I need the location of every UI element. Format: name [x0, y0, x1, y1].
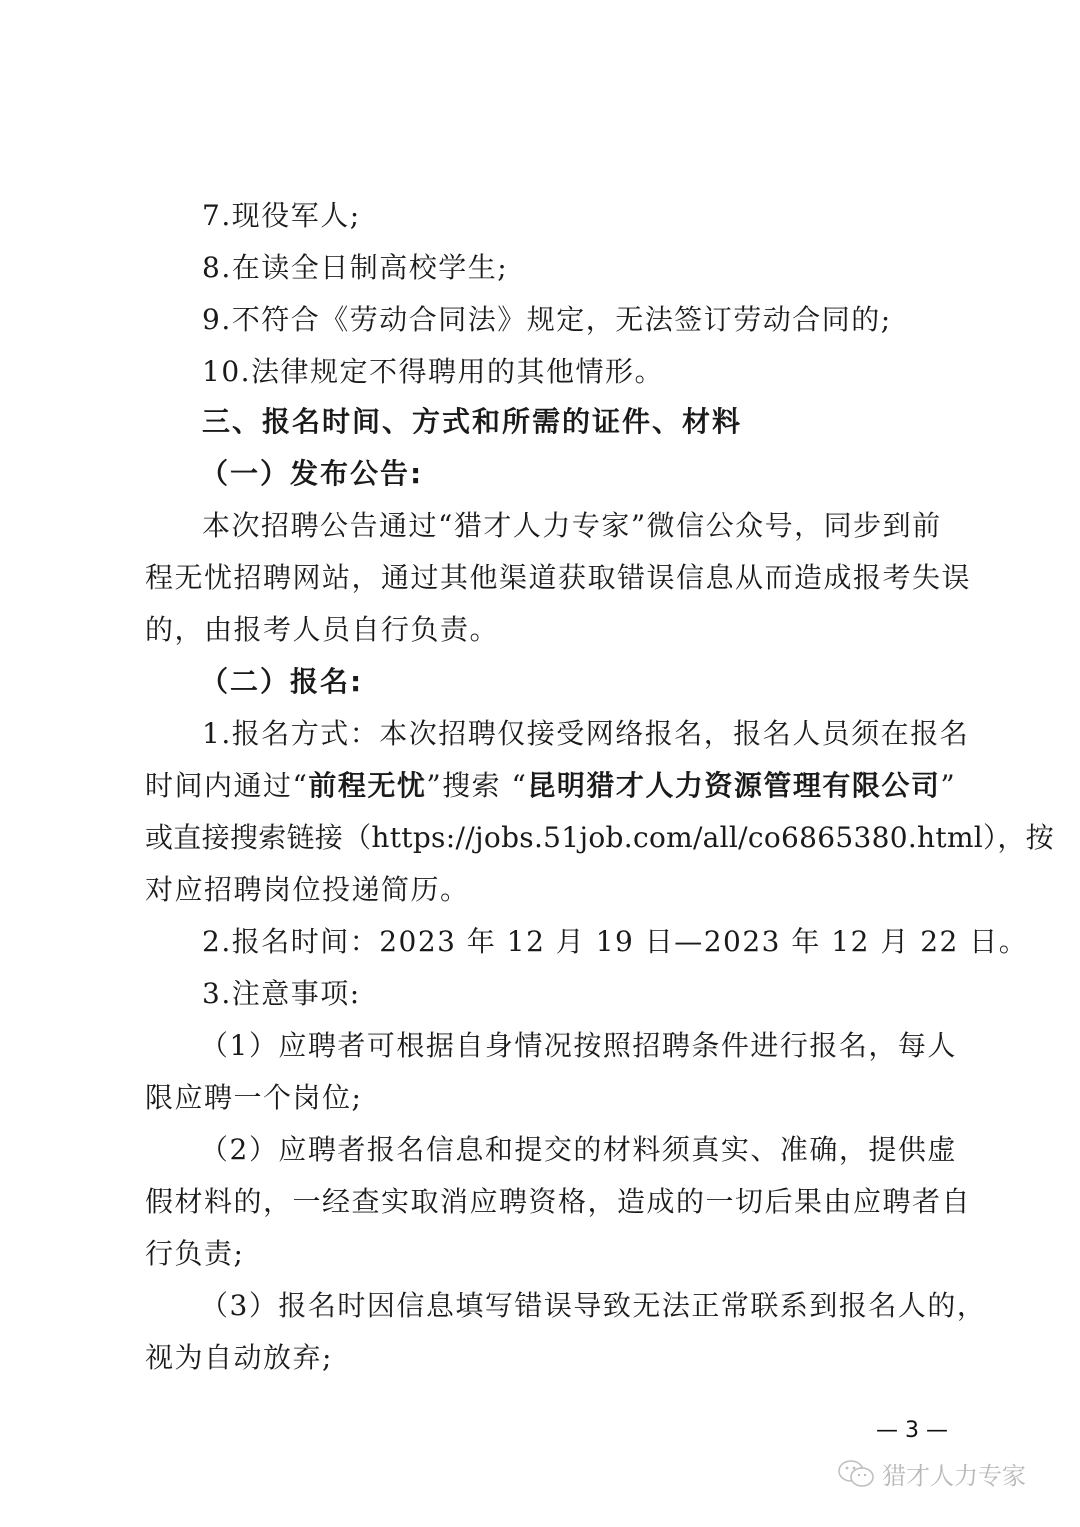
watermark: 猎才人力专家	[836, 1456, 1026, 1491]
page-number: — 3 —	[876, 1418, 948, 1443]
paragraph-line: 的，由报考人员自行负责。	[145, 612, 499, 648]
note-line: （2）应聘者报名信息和提交的材料须真实、准确，提供虚	[200, 1132, 957, 1168]
list-item: 7.现役军人;	[202, 198, 361, 234]
paragraph-line: 1.报名方式：本次招聘仅接受网络报名，报名人员须在报名	[202, 716, 969, 752]
note-line: （1）应聘者可根据自身情况按照招聘条件进行报名，每人	[200, 1028, 957, 1064]
list-item: 8.在读全日制高校学生;	[202, 250, 508, 286]
site-name: 前程无忧	[308, 769, 426, 802]
text-segment: 时间内通过“	[145, 769, 308, 802]
paragraph-line-link: 或直接搜索链接（https://jobs.51job.com/all/co686…	[145, 820, 1054, 856]
note-line: 限应聘一个岗位;	[145, 1080, 362, 1116]
section-heading: 三、报名时间、方式和所需的证件、材料	[202, 404, 742, 440]
paragraph-line: 对应招聘岗位投递简历。	[145, 872, 470, 908]
subsection-heading-registration: （二）报名:	[200, 664, 363, 700]
subsection-heading-publish: （一）发布公告:	[200, 456, 423, 492]
list-item: 10.法律规定不得聘用的其他情形。	[202, 354, 664, 390]
watermark-text: 猎才人力专家	[882, 1456, 1026, 1491]
notes-heading: 3.注意事项:	[202, 976, 361, 1012]
paragraph-line: 时间内通过“前程无忧”搜索 “昆明猎才人力资源管理有限公司”	[145, 768, 956, 804]
note-line: 视为自动放弃;	[145, 1340, 333, 1376]
note-line: （3）报名时因信息填写错误导致无法正常联系到报名人的，	[200, 1288, 986, 1324]
registration-time: 2.报名时间：2023 年 12 月 19 日—2023 年 12 月 22 日…	[202, 924, 1028, 960]
note-line: 假材料的，一经查实取消应聘资格，造成的一切后果由应聘者自	[145, 1184, 971, 1220]
paragraph-line: 本次招聘公告通过“猎才人力专家”微信公众号，同步到前	[202, 508, 942, 544]
text-segment: ”	[940, 769, 956, 802]
company-name: 昆明猎才人力资源管理有限公司	[527, 769, 940, 802]
wechat-icon	[836, 1458, 876, 1490]
paragraph-line: 程无忧招聘网站，通过其他渠道获取错误信息从而造成报考失误	[145, 560, 971, 596]
text-segment: ”搜索 “	[426, 769, 527, 802]
list-item: 9.不符合《劳动合同法》规定，无法签订劳动合同的;	[202, 302, 892, 338]
note-line: 行负责;	[145, 1236, 244, 1272]
